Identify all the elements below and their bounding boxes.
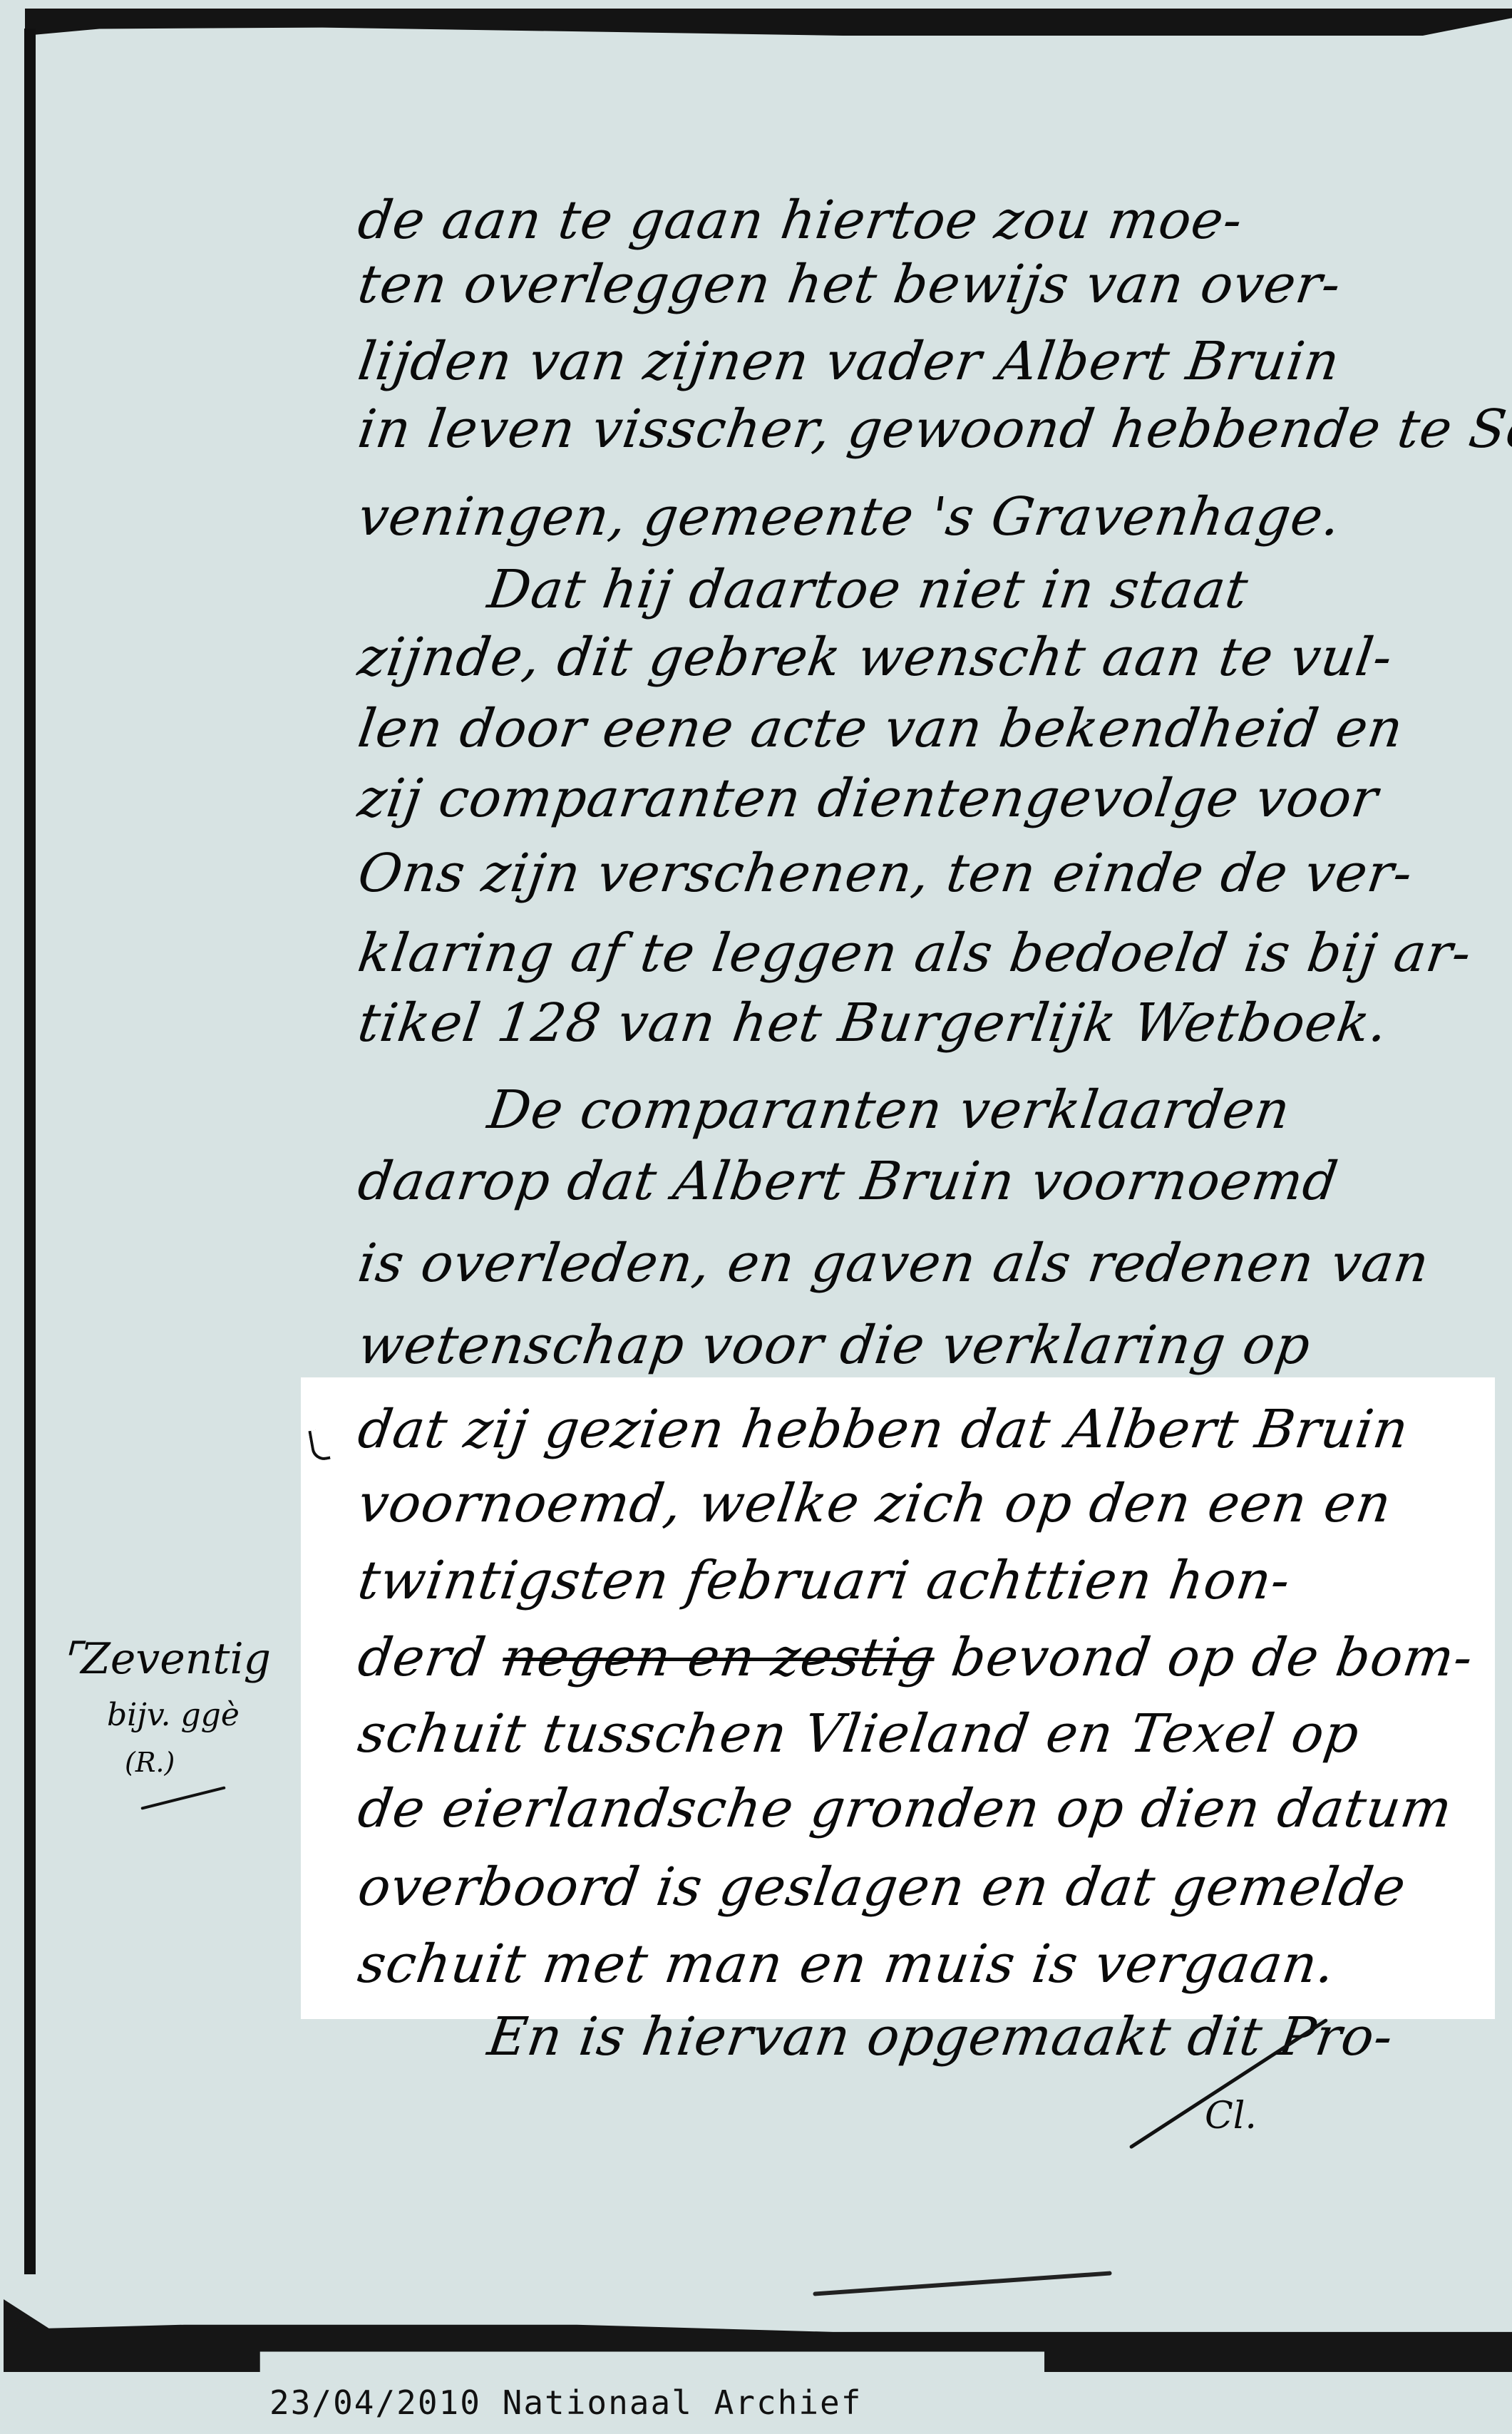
text-line-9: zij comparanten dientengevolge voor — [355, 772, 1382, 825]
text-line-10: Ons zijn verschenen, ten einde de ver- — [355, 847, 1416, 900]
text-line-21: schuit tusschen Vlieland en Texel op — [355, 1708, 1362, 1760]
scan-edge-top — [25, 9, 1512, 36]
margin-note-line-2: bijv. ggè — [107, 1697, 240, 1733]
margin-note-line-1: ⌜Zeventig — [61, 1634, 271, 1684]
scan-edge-bottom — [4, 2299, 1512, 2372]
text-line-4: in leven visscher, gewoond hebbende te S… — [355, 403, 1512, 456]
text-line-2: ten overleggen het bewijs van over- — [355, 258, 1344, 311]
text-line-20-start: derd — [354, 1627, 490, 1688]
text-line-22: de eierlandsche gronden op dien datum — [355, 1782, 1456, 1835]
margin-note-line-3: (R.) — [125, 1747, 175, 1778]
text-line-24: schuit met man en muis is vergaan. — [355, 1938, 1339, 1991]
scan-edge-left — [24, 29, 36, 2274]
text-line-5: veningen, gemeente 's Gravenhage. — [355, 491, 1344, 543]
text-line-13: De comparanten verklaarden — [485, 1084, 1293, 1136]
archive-stamp: 23/04/2010 Nationaal Archief — [269, 2383, 862, 2422]
text-line-16: wetenschap voor die verklaring op — [355, 1319, 1314, 1372]
margin-note-underline — [140, 1786, 225, 1809]
text-line-7: zijnde, dit gebrek wenscht aan te vul- — [355, 631, 1396, 684]
text-line-1: de aan te gaan hiertoe zou moe- — [355, 194, 1246, 247]
struck-through-text: negen en zestig — [499, 1627, 939, 1688]
text-line-14: daarop dat Albert Bruin voornoemd — [355, 1155, 1342, 1208]
text-line-20: derd negen en zestig bevond op de bom- — [355, 1631, 1476, 1684]
signature: Cl. — [1205, 2095, 1257, 2137]
text-line-11: klaring af te leggen als bedoeld is bij … — [355, 927, 1475, 980]
text-line-18: voornoemd, welke zich op den een en — [355, 1477, 1395, 1530]
text-line-8: len door eene acte van bekendheid en — [355, 702, 1406, 755]
text-line-20-end: bevond op de bom- — [947, 1627, 1476, 1688]
scanned-document-page: de aan te gaan hiertoe zou moe- ten over… — [0, 0, 1512, 2434]
text-line-23: overboord is geslagen en dat gemelde — [355, 1861, 1409, 1914]
text-line-6: Dat hij daartoe niet in staat — [485, 563, 1251, 616]
text-line-25: En is hiervan opgemaakt dit Pro- — [485, 2011, 1397, 2063]
text-line-15: is overleden, en gaven als redenen van — [355, 1237, 1432, 1290]
text-line-12: tikel 128 van het Burgerlijk Wetboek. — [355, 997, 1391, 1049]
text-line-19: twintigsten februari achttien hon- — [355, 1554, 1294, 1607]
text-line-3: lijden van zijnen vader Albert Bruin — [355, 335, 1343, 388]
text-line-17: dat zij gezien hebben dat Albert Bruin — [355, 1403, 1412, 1456]
scan-streak — [813, 2271, 1111, 2296]
